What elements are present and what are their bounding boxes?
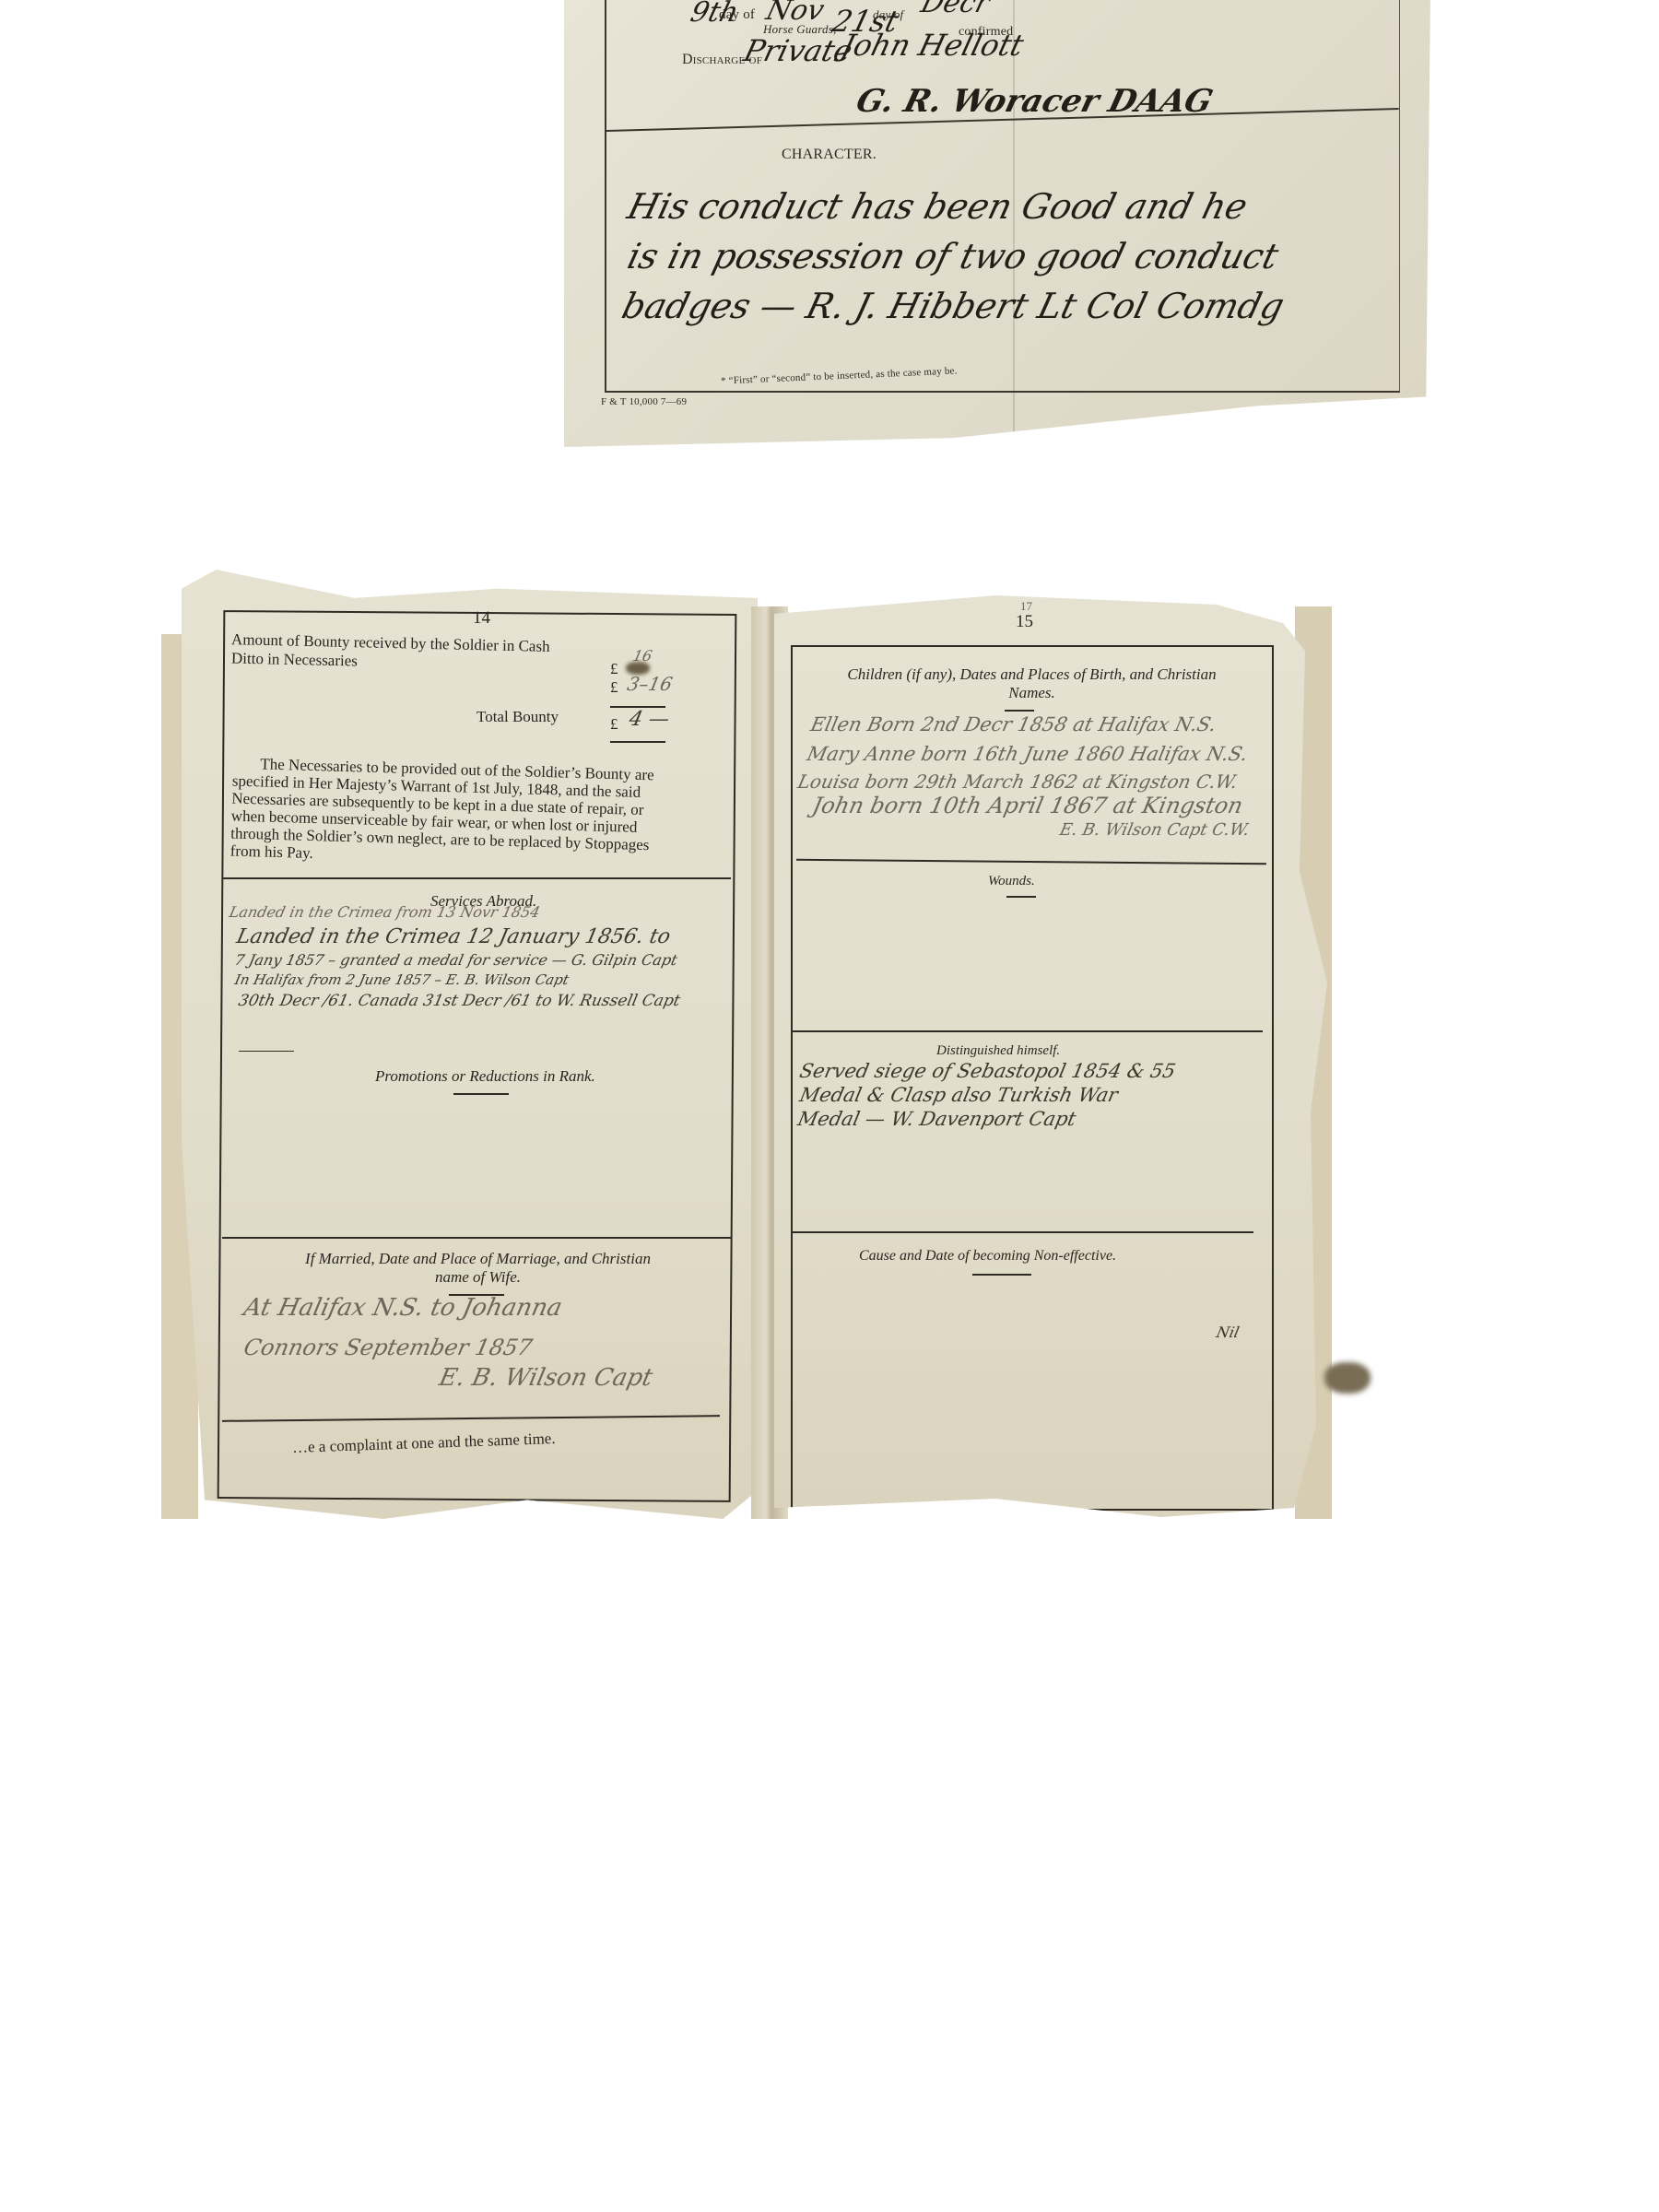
section-divider — [222, 877, 731, 879]
services-entry: In Halifax from 2 June 1857 – E. B. Wils… — [233, 971, 571, 988]
services-entry: 30th Decr /61. Canada 31st Decr /61 to W… — [237, 992, 682, 1010]
left-page: 14 Amount of Bounty received by the Sold… — [182, 570, 758, 1519]
marriage-entry: Connors September 1857 — [241, 1335, 535, 1360]
child-entry: Louisa born 29th March 1862 at Kingston … — [795, 771, 1240, 793]
services-entry: 7 Jany 1857 – granted a medal for servic… — [233, 951, 679, 969]
bounty-total-value: 4 — — [627, 708, 671, 731]
children-heading: Children (if any), Dates and Places of B… — [794, 665, 1269, 702]
wounds-heading-bar — [1006, 896, 1036, 898]
fabric-scrap — [1324, 1362, 1371, 1394]
child-entry: John born 10th April 1867 at Kingston — [810, 793, 1245, 818]
section-divider — [793, 1231, 1253, 1233]
right-page: 17 15 Children (if any), Dates and Place… — [774, 595, 1327, 1517]
bounty-necessaries-currency: £ — [610, 678, 618, 696]
non-effective-heading: Cause and Date of becoming Non-effective… — [859, 1248, 1116, 1265]
children-signature: E. B. Wilson Capt C.W. — [1058, 820, 1252, 840]
discharge-certificate: 9th day of Nov Horse Guards, 21st day of… — [564, 0, 1430, 452]
bounty-total-currency: £ — [610, 715, 618, 733]
adjutant-signature: G. R. Woracer DAAG — [853, 83, 1217, 120]
section-divider — [222, 1237, 731, 1239]
soldiers-service-book: 14 Amount of Bounty received by the Sold… — [161, 570, 1341, 1537]
character-line-3: badges — R. J. Hibbert Lt Col Comdg — [618, 286, 1288, 326]
services-entry: Landed in the Crimea from 13 Novr 1854 — [228, 903, 542, 921]
promotions-heading-bar — [453, 1093, 509, 1095]
day-of-label: day of — [719, 7, 755, 23]
child-entry: Mary Anne born 16th June 1860 Halifax N.… — [805, 743, 1250, 765]
necessaries-paragraph: The Necessaries to be provided out of th… — [230, 755, 726, 874]
character-heading: CHARACTER. — [782, 147, 877, 163]
non-effective-heading-bar — [972, 1274, 1031, 1276]
children-heading-line-1: Children (if any), Dates and Places of B… — [794, 665, 1269, 684]
character-line-2: is in possession of two good conduct — [624, 236, 1283, 276]
confirmed-label: confirmed — [959, 25, 1013, 40]
discharge-rank: Private — [740, 33, 855, 68]
marriage-heading-line-1: If Married, Date and Place of Marriage, … — [231, 1250, 724, 1268]
marriage-signature: E. B. Wilson Capt — [437, 1364, 655, 1392]
character-line-1: His conduct has been Good and he — [624, 186, 1252, 227]
children-heading-line-2: Names. — [794, 684, 1269, 702]
promotions-heading: Promotions or Reductions in Rank. — [375, 1067, 595, 1086]
printer-code: F & T 10,000 7—69 — [601, 396, 687, 407]
distinguished-heading: Distinguished himself. — [936, 1043, 1060, 1059]
wounds-heading: Wounds. — [988, 874, 1035, 889]
bounty-necessaries-label: Ditto in Necessaries — [231, 649, 358, 669]
children-heading-bar — [1005, 710, 1034, 712]
services-end-mark — [239, 1051, 294, 1052]
bounty-total-underline — [610, 741, 665, 743]
bounty-cash-currency: £ — [610, 660, 618, 677]
distinguished-entry: Medal — W. Davenport Capt — [795, 1108, 1077, 1130]
marriage-heading-line-2: name of Wife. — [231, 1268, 724, 1287]
section-divider — [793, 1030, 1263, 1032]
bounty-necessaries-value: 3–16 — [625, 673, 674, 695]
horse-guards-month: Decr — [918, 0, 994, 19]
horse-guards-day-of: day of — [873, 7, 903, 22]
non-effective-entry: Nil — [1215, 1324, 1241, 1341]
distinguished-entry: Served siege of Sebastopol 1854 & 55 — [797, 1060, 1177, 1082]
marriage-heading: If Married, Date and Place of Marriage, … — [231, 1250, 724, 1287]
bounty-total-label: Total Bounty — [477, 708, 559, 725]
child-entry: Ellen Born 2nd Decr 1858 at Halifax N.S. — [808, 713, 1218, 735]
services-entry: Landed in the Crimea 12 January 1856. to — [234, 925, 672, 948]
marriage-entry: At Halifax N.S. to Johanna — [241, 1294, 565, 1322]
distinguished-entry: Medal & Clasp also Turkish War — [797, 1084, 1120, 1106]
page-number-15: 15 — [1016, 612, 1033, 632]
